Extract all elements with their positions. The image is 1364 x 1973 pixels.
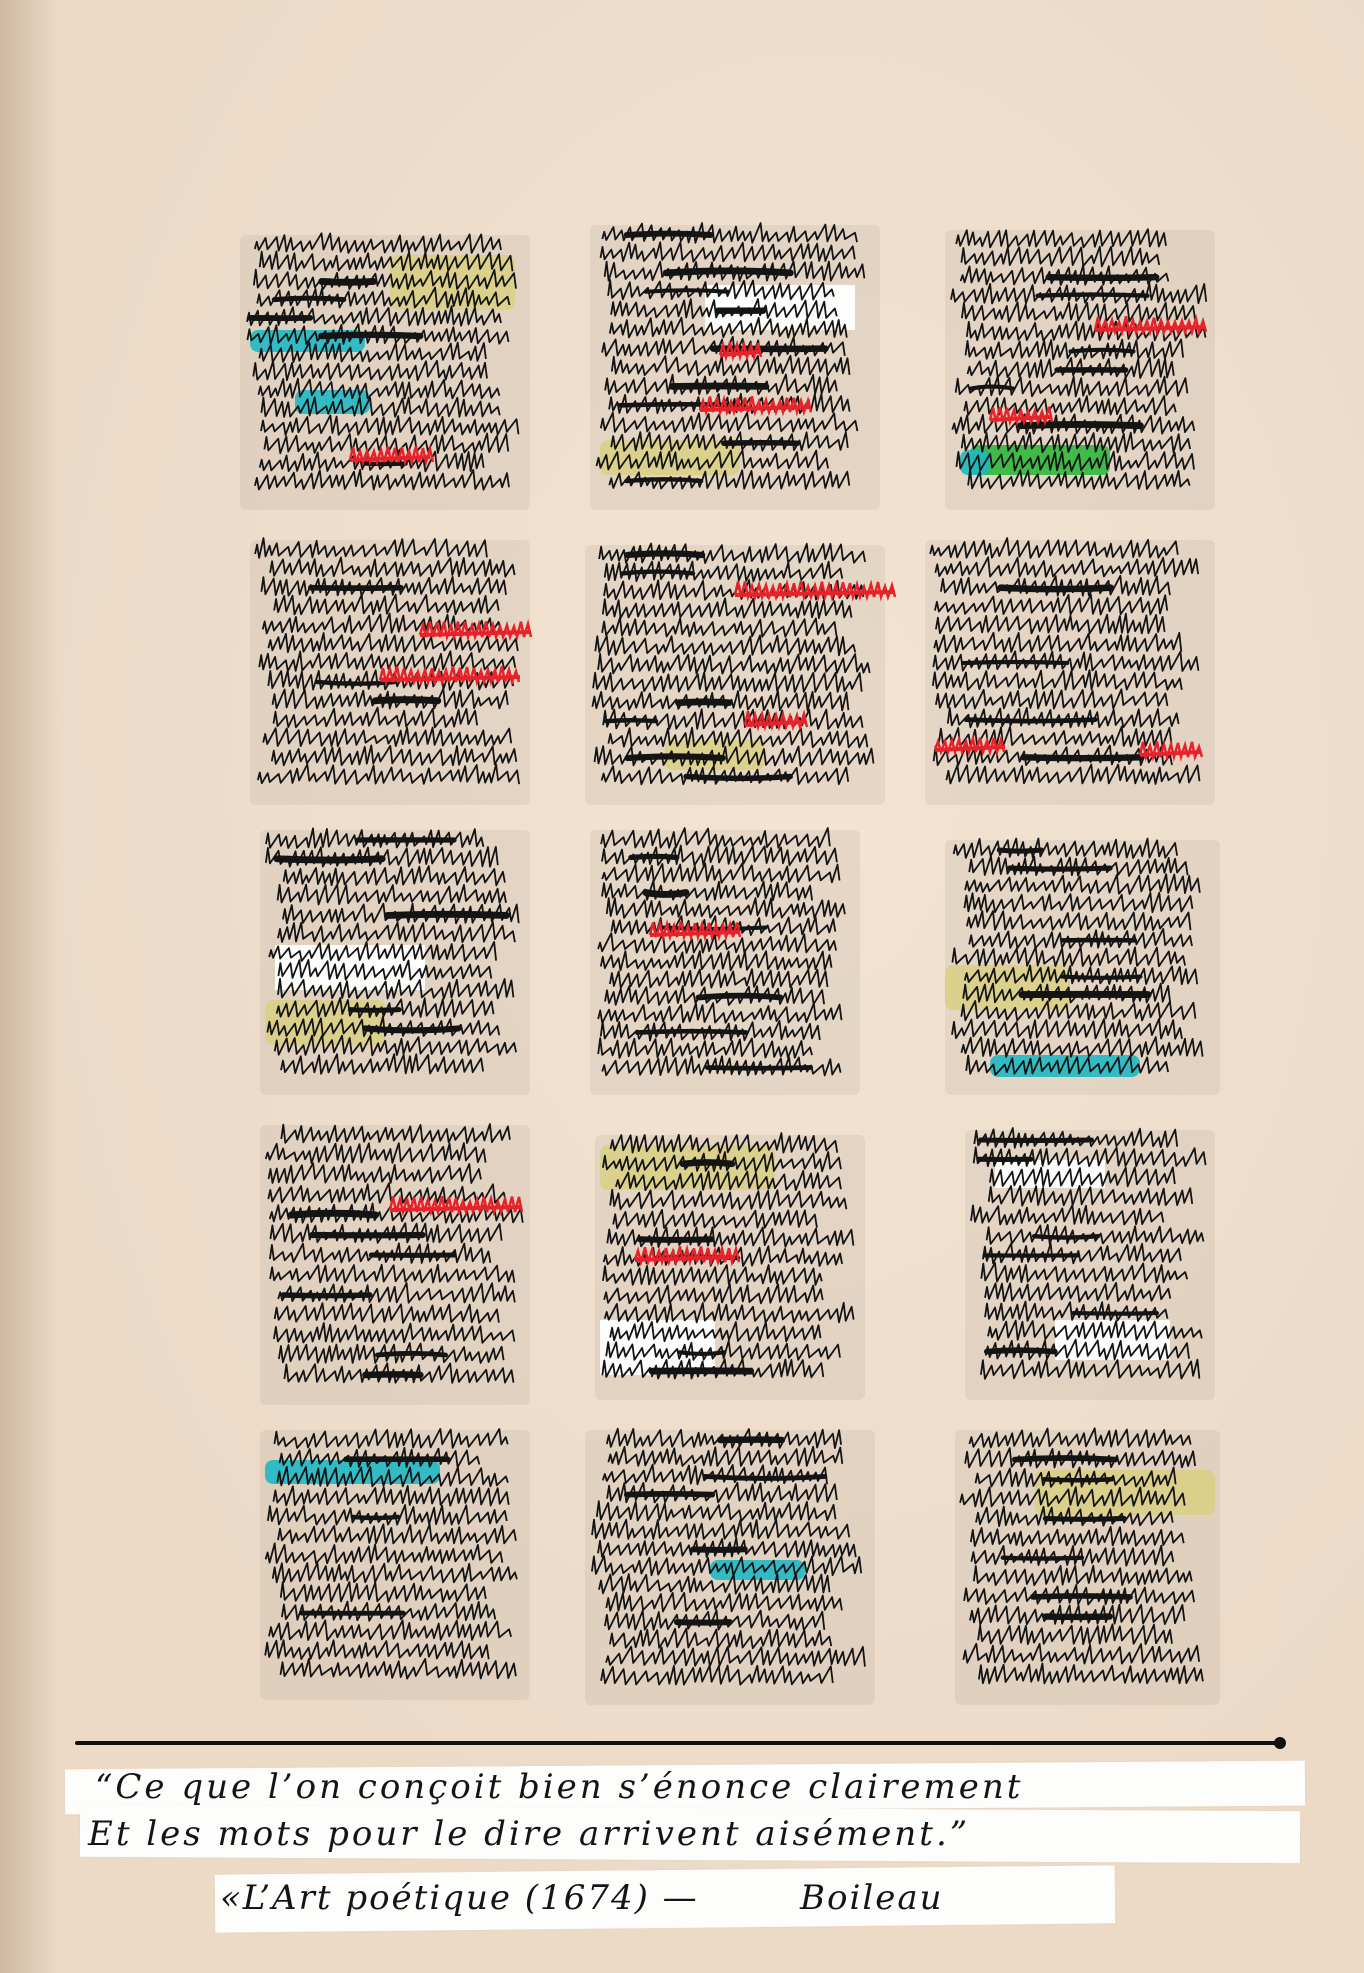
scribble-text-block	[240, 235, 530, 510]
quote-author: Boileau	[800, 1878, 944, 1918]
scribble-text-block	[945, 230, 1215, 510]
scribble-text-block	[955, 1430, 1220, 1705]
scribble-text-block	[585, 545, 885, 805]
scribble-text-block	[925, 540, 1215, 805]
quote-line-1: “Ce que l’on conçoit bien s’énonce clair…	[95, 1767, 1023, 1807]
artwork-page: “Ce que l’on conçoit bien s’énonce clair…	[0, 0, 1364, 1973]
scribble-text-block	[590, 830, 860, 1095]
scribble-text-block	[585, 1430, 875, 1705]
scribble-text-block	[260, 1430, 530, 1700]
scribble-text-block	[250, 540, 530, 805]
scribble-text-block	[260, 830, 530, 1095]
scribble-text-block	[590, 225, 880, 510]
divider-line	[75, 1741, 1280, 1745]
scribble-text-block	[965, 1130, 1215, 1400]
scribble-text-block	[260, 1125, 530, 1405]
quote-line-2: Et les mots pour le dire arrivent aiséme…	[88, 1814, 970, 1854]
quote-citation: «L’Art poétique (1674) —	[220, 1878, 699, 1918]
scribble-text-block	[595, 1135, 865, 1400]
scribble-text-block	[945, 840, 1220, 1095]
